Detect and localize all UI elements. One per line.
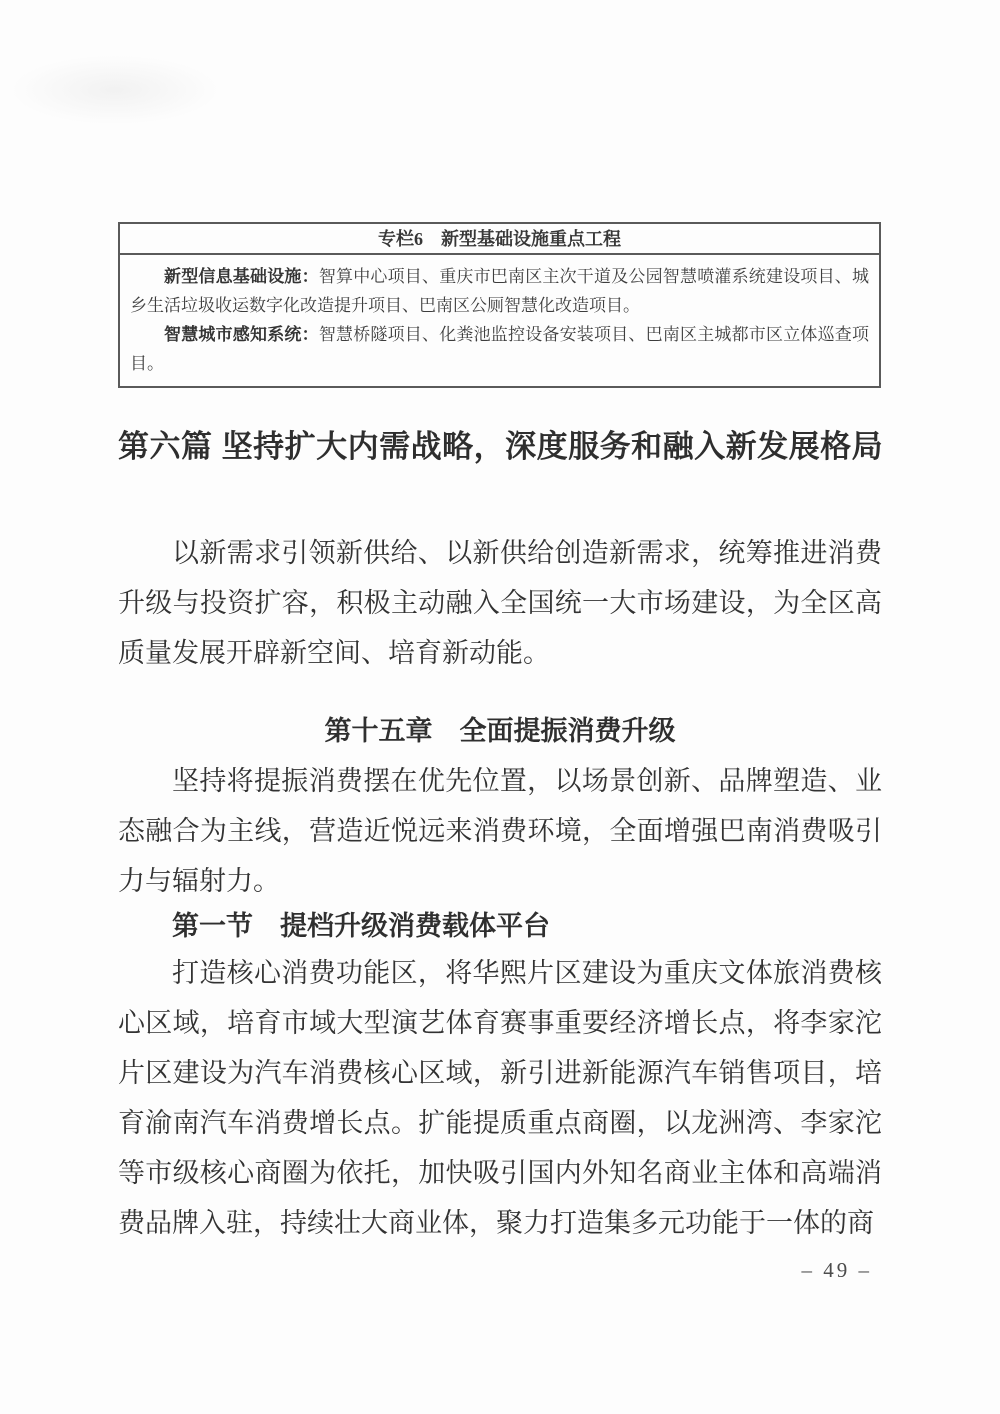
callout-title: 专栏6 新型基础设施重点工程 bbox=[120, 224, 879, 255]
document-page: 专栏6 新型基础设施重点工程 新型信息基础设施：智算中心项目、重庆市巴南区主次干… bbox=[0, 0, 1000, 1414]
page-number: – 49 – bbox=[802, 1258, 873, 1283]
callout-item-label: 新型信息基础设施： bbox=[164, 267, 319, 286]
part-heading: 第六篇 坚持扩大内需战略，深度服务和融入新发展格局 bbox=[118, 428, 882, 466]
callout-box: 专栏6 新型基础设施重点工程 新型信息基础设施：智算中心项目、重庆市巴南区主次干… bbox=[118, 222, 881, 388]
chapter-paragraph: 坚持将提振消费摆在优先位置，以场景创新、品牌塑造、业态融合为主线，营造近悦远来消… bbox=[118, 756, 882, 906]
scan-noise-artifact bbox=[10, 55, 220, 125]
callout-item-label: 智慧城市感知系统： bbox=[164, 325, 319, 344]
section-paragraph: 打造核心消费功能区，将华熙片区建设为重庆文体旅消费核心区域，培育市域大型演艺体育… bbox=[118, 948, 882, 1248]
callout-item-smart-city: 智慧城市感知系统：智慧桥隧项目、化粪池监控设备安装项目、巴南区主城都市区立体巡查… bbox=[130, 320, 869, 378]
section-heading: 第一节 提档升级消费载体平台 bbox=[118, 906, 882, 946]
callout-item-info-infrastructure: 新型信息基础设施：智算中心项目、重庆市巴南区主次干道及公园智慧喷灌系统建设项目、… bbox=[130, 262, 869, 320]
intro-paragraph: 以新需求引领新供给、以新供给创造新需求，统筹推进消费升级与投资扩容，积极主动融入… bbox=[118, 528, 882, 678]
chapter-heading: 第十五章 全面提振消费升级 bbox=[118, 712, 882, 750]
callout-body: 新型信息基础设施：智算中心项目、重庆市巴南区主次干道及公园智慧喷灌系统建设项目、… bbox=[120, 255, 879, 386]
